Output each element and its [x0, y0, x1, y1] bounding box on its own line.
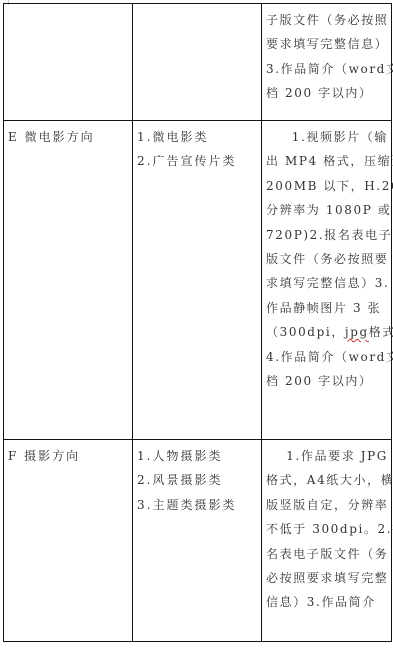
category-label: F 摄影方向	[8, 444, 128, 468]
table-row-continuation: 子版文件（务必按照 要求填写完整信息） 3.作品简介（word文 档 200 字…	[4, 4, 392, 121]
requirements-cell: 1.作品要求 JPG 格式，A4纸大小，横 版竖版自定，分辨率 不低于 300d…	[262, 440, 392, 642]
requirement-line: 档 200 字以内）	[266, 81, 388, 105]
requirement-line: 信息）3.作品简介	[266, 590, 388, 614]
category-cell: F 摄影方向	[4, 440, 133, 642]
requirement-line: 分辨率为 1080P 或	[266, 198, 388, 222]
subcategory-item: 1.人物摄影类	[137, 444, 257, 468]
category-cell: E 微电影方向	[4, 121, 133, 440]
category-label: E 微电影方向	[8, 125, 128, 149]
competition-requirements-table: 子版文件（务必按照 要求填写完整信息） 3.作品简介（word文 档 200 字…	[3, 3, 392, 642]
text-before: （300dpi，	[266, 325, 345, 339]
subcategory-item: 3.主题类摄影类	[137, 493, 257, 517]
subcategory-item: 1.微电影类	[137, 125, 257, 149]
requirement-line: 名表电子版文件（务	[266, 542, 388, 566]
requirements-cell: 1.视频影片（输 出 MP4 格式，压缩至 200MB 以下，H.264， 分辨…	[262, 121, 392, 440]
table-row-photography: F 摄影方向 1.人物摄影类 2.风景摄影类 3.主题类摄影类 1.作品要求 J…	[4, 440, 392, 642]
requirement-line: 1.视频影片（输	[266, 125, 388, 149]
requirement-line-jpg: （300dpi，jpg格式）	[266, 320, 388, 344]
spellcheck-flagged-word[interactable]: jpg	[345, 325, 369, 339]
subcategory-item: 2.风景摄影类	[137, 468, 257, 492]
requirement-line: 3.作品简介（word文	[266, 57, 388, 81]
requirement-line: 4.作品简介（word文	[266, 345, 388, 369]
requirement-line: 不低于 300dpi。2.报	[266, 517, 388, 541]
requirement-line: 档 200 字以内）	[266, 369, 388, 393]
text-after: 格式）	[369, 325, 393, 339]
requirement-line: 作品静帧图片 3 张	[266, 296, 388, 320]
category-cell	[4, 4, 133, 121]
subcategory-cell	[133, 4, 262, 121]
requirement-line: 版竖版自定，分辨率	[266, 493, 388, 517]
requirement-line: 要求填写完整信息）	[266, 32, 388, 56]
requirement-line: 求填写完整信息）3.	[266, 271, 388, 295]
subcategory-item: 2.广告宣传片类	[137, 149, 257, 173]
requirement-line: 720P)2.报名表电子	[266, 223, 388, 247]
requirement-line: 必按照要求填写完整	[266, 566, 388, 590]
requirement-line: 出 MP4 格式，压缩至	[266, 149, 388, 173]
requirement-line: 格式，A4纸大小，横	[266, 468, 388, 492]
requirement-line: 版文件（务必按照要	[266, 247, 388, 271]
requirements-cell: 子版文件（务必按照 要求填写完整信息） 3.作品简介（word文 档 200 字…	[262, 4, 392, 121]
requirement-line: 200MB 以下，H.264，	[266, 174, 388, 198]
requirement-line: 子版文件（务必按照	[266, 8, 388, 32]
requirement-line: 1.作品要求 JPG	[266, 444, 388, 468]
table-row-micro-film: E 微电影方向 1.微电影类 2.广告宣传片类 1.视频影片（输 出 MP4 格…	[4, 121, 392, 440]
subcategory-cell: 1.微电影类 2.广告宣传片类	[133, 121, 262, 440]
subcategory-cell: 1.人物摄影类 2.风景摄影类 3.主题类摄影类	[133, 440, 262, 642]
